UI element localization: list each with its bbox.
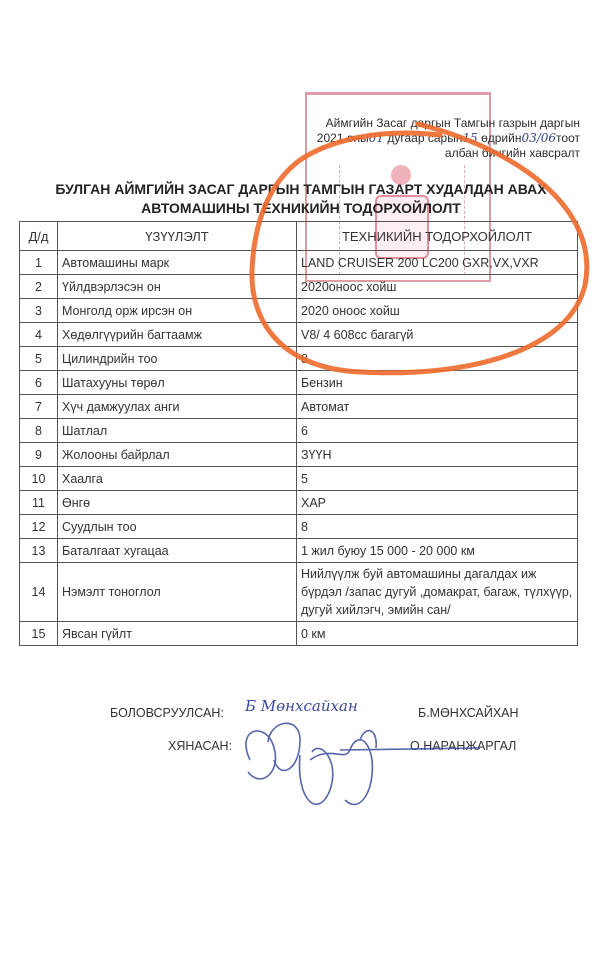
row-number: 10	[20, 467, 58, 491]
row-parameter: Өнгө	[58, 491, 297, 515]
reviewed-by-name: О.НАРАНЖАРГАЛ	[410, 739, 516, 753]
annex-year: 2021 оны	[317, 131, 369, 145]
row-value: 8	[297, 515, 578, 539]
row-parameter: Хаалга	[58, 467, 297, 491]
annex-line-1: Аймгийн Засаг даргын Тамгын газрын даргы…	[300, 116, 580, 131]
annex-number-label: тоот	[556, 131, 580, 145]
table-row: 1Автомашины маркLAND CRUISER 200 LC200 G…	[20, 251, 578, 275]
table-row: 9Жолооны байрлалЗҮҮН	[20, 443, 578, 467]
row-value: Бензин	[297, 371, 578, 395]
table-row: 11ӨнгөХАР	[20, 491, 578, 515]
reviewer-signature	[246, 723, 480, 804]
row-parameter: Нэмэлт тоноглол	[58, 563, 297, 622]
annex-line-3: албан бичгийн хавсралт	[300, 146, 580, 161]
table-row: 12Суудлын тоо8	[20, 515, 578, 539]
title-line-1: БУЛГАН АЙМГИЙН ЗАСАГ ДАРГЫН ТАМГЫН ГАЗАР…	[20, 180, 582, 199]
row-value: 1 жил буюу 15 000 - 20 000 км	[297, 539, 578, 563]
row-parameter: Монголд орж ирсэн он	[58, 299, 297, 323]
row-number: 3	[20, 299, 58, 323]
table-row: 3Монголд орж ирсэн он2020 оноос хойш	[20, 299, 578, 323]
row-parameter: Хүч дамжуулах анги	[58, 395, 297, 419]
annex-month-label: дугаар сарын	[384, 131, 462, 145]
row-number: 13	[20, 539, 58, 563]
row-number: 4	[20, 323, 58, 347]
row-parameter: Суудлын тоо	[58, 515, 297, 539]
prepared-by-name: Б.МӨНХСАЙХАН	[418, 706, 519, 720]
header-value: ТЕХНИКИЙН ТОДОРХОЙЛОЛТ	[297, 222, 578, 251]
table-row: 5Цилиндрийн тоо8	[20, 347, 578, 371]
row-value: 2020оноос хойш	[297, 275, 578, 299]
row-number: 1	[20, 251, 58, 275]
row-value: Нийлүүлж буй автомашины дагалдах иж бүрд…	[297, 563, 578, 622]
row-number: 15	[20, 622, 58, 646]
header-num: Д/д	[20, 222, 58, 251]
row-number: 8	[20, 419, 58, 443]
annex-day-label: өдрийн	[478, 131, 522, 145]
row-value: V8/ 4 608cc багагүй	[297, 323, 578, 347]
row-number: 11	[20, 491, 58, 515]
title-line-2: АВТОМАШИНЫ ТЕХНИКИЙН ТОДОРХОЙЛОЛТ	[20, 199, 582, 218]
document-title: БУЛГАН АЙМГИЙН ЗАСАГ ДАРГЫН ТАМГЫН ГАЗАР…	[20, 180, 582, 218]
prepared-by-label: БОЛОВСРУУЛСАН:	[110, 706, 224, 720]
header-param: ҮЗҮҮЛЭЛТ	[58, 222, 297, 251]
row-value: 6	[297, 419, 578, 443]
row-parameter: Үйлдвэрлэсэн он	[58, 275, 297, 299]
row-parameter: Жолооны байрлал	[58, 443, 297, 467]
row-parameter: Шатлал	[58, 419, 297, 443]
handwritten-day: 15	[462, 131, 477, 145]
row-parameter: Цилиндрийн тоо	[58, 347, 297, 371]
table-row: 15Явсан гүйлт0 км	[20, 622, 578, 646]
row-parameter: Хөдөлгүүрийн багтаамж	[58, 323, 297, 347]
row-value: LAND CRUISER 200 LC200 GXR,VX,VXR	[297, 251, 578, 275]
row-value: 0 км	[297, 622, 578, 646]
row-number: 14	[20, 563, 58, 622]
row-value: 5	[297, 467, 578, 491]
handwritten-letter-number: 03/06	[521, 131, 556, 145]
handwritten-month: 01	[369, 131, 384, 145]
row-value: ЗҮҮН	[297, 443, 578, 467]
table-row: 10Хаалга5	[20, 467, 578, 491]
row-parameter: Баталгаат хугацаа	[58, 539, 297, 563]
row-number: 2	[20, 275, 58, 299]
row-value: 8	[297, 347, 578, 371]
row-value: 2020 оноос хойш	[297, 299, 578, 323]
row-parameter: Автомашины марк	[58, 251, 297, 275]
row-number: 5	[20, 347, 58, 371]
table-row: 7Хүч дамжуулах ангиАвтомат	[20, 395, 578, 419]
table-row: 4Хөдөлгүүрийн багтаамжV8/ 4 608cc багагү…	[20, 323, 578, 347]
row-value: Автомат	[297, 395, 578, 419]
annex-line-2: 2021 оны01 дугаар сарын15 өдрийн03/06тоо…	[300, 131, 580, 146]
row-number: 9	[20, 443, 58, 467]
table-body: 1Автомашины маркLAND CRUISER 200 LC200 G…	[20, 251, 578, 646]
row-number: 7	[20, 395, 58, 419]
row-number: 12	[20, 515, 58, 539]
annex-note: Аймгийн Засаг даргын Тамгын газрын даргы…	[300, 116, 580, 161]
row-parameter: Явсан гүйлт	[58, 622, 297, 646]
reviewed-by-label: ХЯНАСАН:	[168, 739, 232, 753]
table-row: 2Үйлдвэрлэсэн он2020оноос хойш	[20, 275, 578, 299]
spec-table: Д/д ҮЗҮҮЛЭЛТ ТЕХНИКИЙН ТОДОРХОЙЛОЛТ 1Авт…	[19, 221, 578, 646]
row-value: ХАР	[297, 491, 578, 515]
table-row: 14Нэмэлт тоноглолНийлүүлж буй автомашины…	[20, 563, 578, 622]
table-row: 6Шатахууны төрөлБензин	[20, 371, 578, 395]
table-row: 13Баталгаат хугацаа1 жил буюу 15 000 - 2…	[20, 539, 578, 563]
table-header-row: Д/д ҮЗҮҮЛЭЛТ ТЕХНИКИЙН ТОДОРХОЙЛОЛТ	[20, 222, 578, 251]
row-parameter: Шатахууны төрөл	[58, 371, 297, 395]
row-number: 6	[20, 371, 58, 395]
table-row: 8Шатлал6	[20, 419, 578, 443]
prepared-by-signature: Б Мөнхсайхан	[245, 697, 358, 715]
